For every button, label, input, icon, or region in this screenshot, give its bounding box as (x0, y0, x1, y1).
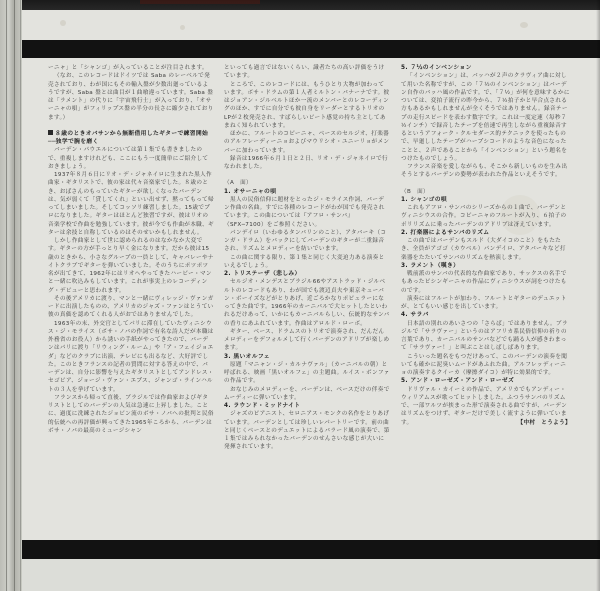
side-a-track-list-continued: 5. ７½のインベンション「インベンション」は、バッハが２声のクラヴィア曲に対し… (401, 64, 571, 180)
track-title: 打楽器によるサンバのリズム (410, 230, 489, 236)
track-description: おなじみのメロディーを、バーデンは、ベースだけの伴奏でムーディーに弾いています。 (224, 386, 390, 403)
track-description: 黒人の民俗信仰に題材をとったジ・モライス作詞、バーデン作曲の名曲。すでに各種のレ… (224, 196, 390, 229)
track-description: パンデイロ（いわゆるタンバリンのこと）、アタバーキ（コンガ・ドラム）をバックにし… (224, 229, 390, 254)
track-description: セルジオ・メンデスとブラジル66やアストラッド・ジルベルトのレコードもあり、わが… (224, 278, 390, 328)
track-number: 4. (224, 403, 231, 409)
track-number: 2. (401, 230, 408, 236)
side-b-label: （B 面） (401, 188, 571, 196)
track-heading: 2. 打楽器によるサンバのリズム (401, 229, 571, 237)
track-heading: 4. ラウンド・ミッドナイト (224, 402, 390, 410)
track-heading: 3. 黒いオルフェ (224, 353, 390, 361)
track-heading: 3. ラメント（嘆き） (401, 262, 571, 270)
track-description: 演奏にはフルートが加わり、フルートとギターのデュエットが、とてもいい感じを出して… (401, 295, 571, 312)
paragraph: 1963年の末、外交官としてパリに滞在していたヴィニシウス・ジ・モライス（ボサ・… (48, 320, 214, 394)
track-heading: 2. トリステーザ（悲しみ） (224, 270, 390, 278)
side-b-track-list: 1. シャンゴの唄これもアフロ・サンバのシリーズからの１曲で、バーデンとヴィニシ… (401, 196, 571, 427)
track-heading: 1. オサーニャの唄 (224, 188, 390, 196)
track-heading: 4. サラバ (401, 311, 571, 319)
bottom-black-band (0, 540, 600, 559)
track-description: こういった題名をもつだけあって、このバーデンの演奏を聞いても確かに泥臭いムードが… (401, 353, 571, 378)
paragraph: フランスから帰って直後、ブラジルでは作曲家およびギタリストとしてのバーデンの人気… (48, 394, 214, 435)
bottom-paper-strip (0, 559, 600, 591)
track-title: オサーニャの唄 (233, 189, 276, 195)
spine-crease (14, 0, 15, 591)
track-number: 3. (224, 354, 231, 360)
column-2: といっても過言ではないくらい、識者たちの高い評価をうけています。 ところで、この… (224, 64, 390, 452)
track-title: サラバ (410, 312, 428, 318)
track-description: 日本語の別れのあいさつの「さらば」ではありません。ブラジルで「サラヴァー」という… (401, 320, 571, 353)
track-description: フランス音楽を愛しながらも、そこから新しいものを生み出そうとするバーデンの姿勢が… (401, 163, 571, 180)
track-title: 黒いオルフェ (233, 354, 270, 360)
track-title: ７½のインベンション (410, 65, 471, 71)
paragraph: その後アメリカに渡り、マンと一緒にヴィレッジ・ヴァンガードに出演したものの、アメ… (48, 295, 214, 320)
column-1: ーニャ」と「シャンゴ」が入っていることが注目されます。 （なお、このレコードはド… (48, 64, 214, 435)
paragraph: 録音は1966年６月１日と２日、リオ・デ・ジャネイロで行なわれました。 (224, 155, 390, 172)
paper-stain (180, 25, 185, 30)
top-black-band (0, 40, 600, 58)
track-heading: 5. ７½のインベンション (401, 64, 571, 72)
spine-crease (6, 0, 7, 591)
track-title: ラメント（嘆き） (410, 263, 459, 269)
track-description: 「インベンション」は、バッハが２声のクラヴィア曲に対して用いた名称ですが、この「… (401, 72, 571, 163)
track-number: 5. (401, 378, 408, 384)
track-number: 4. (401, 312, 408, 318)
track-description: 戦前派のサンバの代表的な作曲家であり、サックスの名手でもあったピシンギーニャの作… (401, 270, 571, 295)
paragraph: 1937年８月６日にリオ・デ・ジャネイロに生まれた黒人作曲家・ギタリストで、彼の… (48, 171, 214, 237)
track-title: アンド・ローゼズ・アンド・ローゼズ (410, 378, 514, 384)
track-title: ラウンド・ミッドナイト (233, 403, 300, 409)
paragraph: といっても過言ではないくらい、識者たちの高い評価をうけています。 (224, 64, 390, 81)
paragraph: しかし作曲家として世に認められるのはなかなか大変です。ギターの方が手っとり早く金… (48, 237, 214, 295)
paragraph: ほかに、フルートのコピーニャ、ベースのセルジオ、打楽器のアルフレーディーニョおよ… (224, 130, 390, 155)
side-a-track-list: 1. オサーニャの唄黒人の民俗信仰に題材をとったジ・モライス作詞、バーデン作曲の… (224, 188, 390, 452)
paper-stain (60, 20, 66, 26)
paragraph: バーデン・パウエルについては第１集でも書きましたので、重複しますけれども、ここに… (48, 146, 214, 171)
scan-edge-shadow (596, 0, 600, 591)
track-description: ジャズのピアニスト、セロニアス・モンクの名作をとりあげています。バーデンとしては… (224, 410, 390, 451)
track-heading: 5. アンド・ローゼズ・アンド・ローゼズ (401, 377, 571, 385)
track-number: 1. (224, 189, 231, 195)
track-description: 原題「マニャン・ジ・カルナヴァル」（カーニバルの朝）と呼ばれる、映画「黒いオルフ… (224, 361, 390, 386)
track-description: ギター、ベース、ドラムスのトリオで演奏され、だんだんメロディーをデフォルメして行… (224, 328, 390, 353)
track-description: この曲ではバーデンもスルド（大ダイコのこと）をもたたき、全員がアゴゴ（カウベル）… (401, 237, 571, 262)
track-number: 1. (401, 197, 408, 203)
paragraph: ところで、このレコードには、もうひとり大物が加わっています。ボサ・ドラムの第１人… (224, 81, 390, 131)
square-bullet-icon (48, 130, 53, 135)
track-description: これもアフロ・サンバのシリーズからの１曲で、バーデンとヴィニシウスの合作。コピー… (401, 204, 571, 229)
paragraph: ーニャ」と「シャンゴ」が入っていることが注目されます。 (48, 64, 214, 72)
author-credit: 【中村 とうよう】 (401, 419, 571, 427)
section-heading: ８歳のときオバサンから無断借用したギターで練習開始──独学で腕を磨く (48, 130, 214, 147)
track-heading: 1. シャンゴの唄 (401, 196, 571, 204)
track-number: 5. (401, 65, 408, 71)
paper-stain (520, 22, 528, 28)
side-a-label: （A 面） (224, 179, 390, 187)
paragraph: （なお、このレコードはドイツでは Saba のレーベルで発売されており、わが国に… (48, 72, 214, 122)
track-title: トリステーザ（悲しみ） (233, 271, 300, 277)
jacket-spine-edge (0, 0, 22, 591)
track-description: この曲に関する限り、第１集と同じく大変迫力ある演奏といえるでしょう。 (224, 254, 390, 271)
scan-glare (140, 0, 260, 4)
column-3: 5. ７½のインベンション「インベンション」は、バッハが２声のクラヴィア曲に対し… (401, 64, 571, 427)
spine-crease (20, 0, 21, 591)
track-number: 2. (224, 271, 231, 277)
track-number: 3. (401, 263, 408, 269)
track-title: シャンゴの唄 (410, 197, 447, 203)
